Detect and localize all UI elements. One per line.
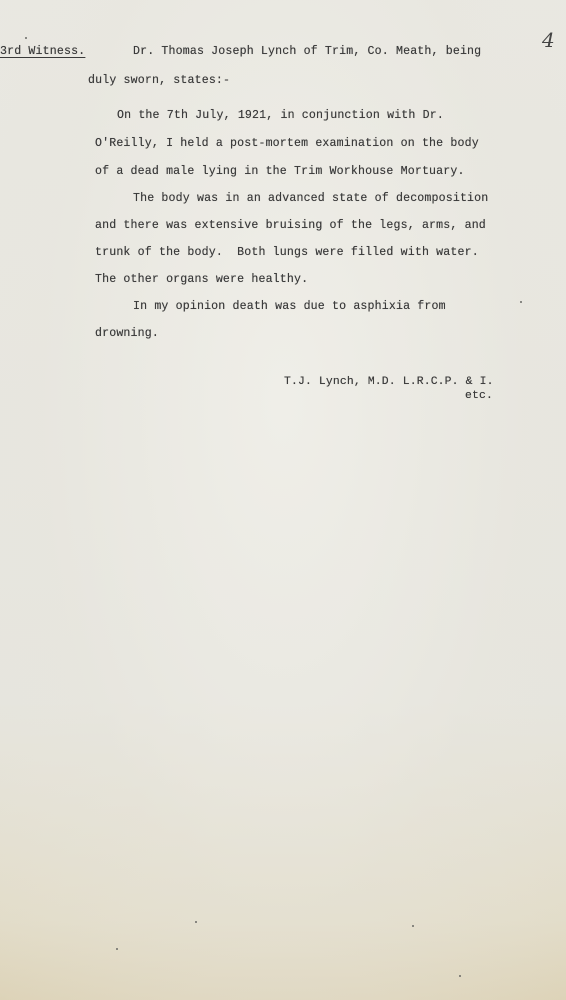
body-line: On the 7th July, 1921, in conjunction wi…: [117, 109, 444, 123]
body-line: The body was in an advanced state of dec…: [133, 192, 488, 206]
paper-speck: [412, 925, 414, 927]
body-line: and there was extensive bruising of the …: [95, 219, 486, 233]
intro-line-2: duly sworn, states:-: [88, 74, 230, 88]
paper-speck: [459, 975, 461, 977]
paper-speck: [25, 37, 27, 39]
paper-speck: [195, 921, 197, 923]
document-page: 4 3rd Witness. Dr. Thomas Joseph Lynch o…: [0, 0, 566, 1000]
paper-speck: [520, 301, 522, 303]
body-line: of a dead male lying in the Trim Workhou…: [95, 165, 465, 179]
paper-speck: [116, 948, 118, 950]
signature-line-2: etc.: [465, 389, 493, 403]
body-line: O'Reilly, I held a post-mortem examinati…: [95, 137, 479, 151]
body-line: drowning.: [95, 327, 159, 341]
body-line: The other organs were healthy.: [95, 273, 308, 287]
body-line: trunk of the body. Both lungs were fille…: [95, 246, 479, 260]
intro-line-1: Dr. Thomas Joseph Lynch of Trim, Co. Mea…: [133, 45, 481, 59]
witness-heading: 3rd Witness.: [0, 45, 85, 59]
signature-line-1: T.J. Lynch, M.D. L.R.C.P. & I.: [284, 375, 494, 389]
page-number: 4: [542, 28, 555, 52]
body-line: In my opinion death was due to asphixia …: [133, 300, 446, 314]
